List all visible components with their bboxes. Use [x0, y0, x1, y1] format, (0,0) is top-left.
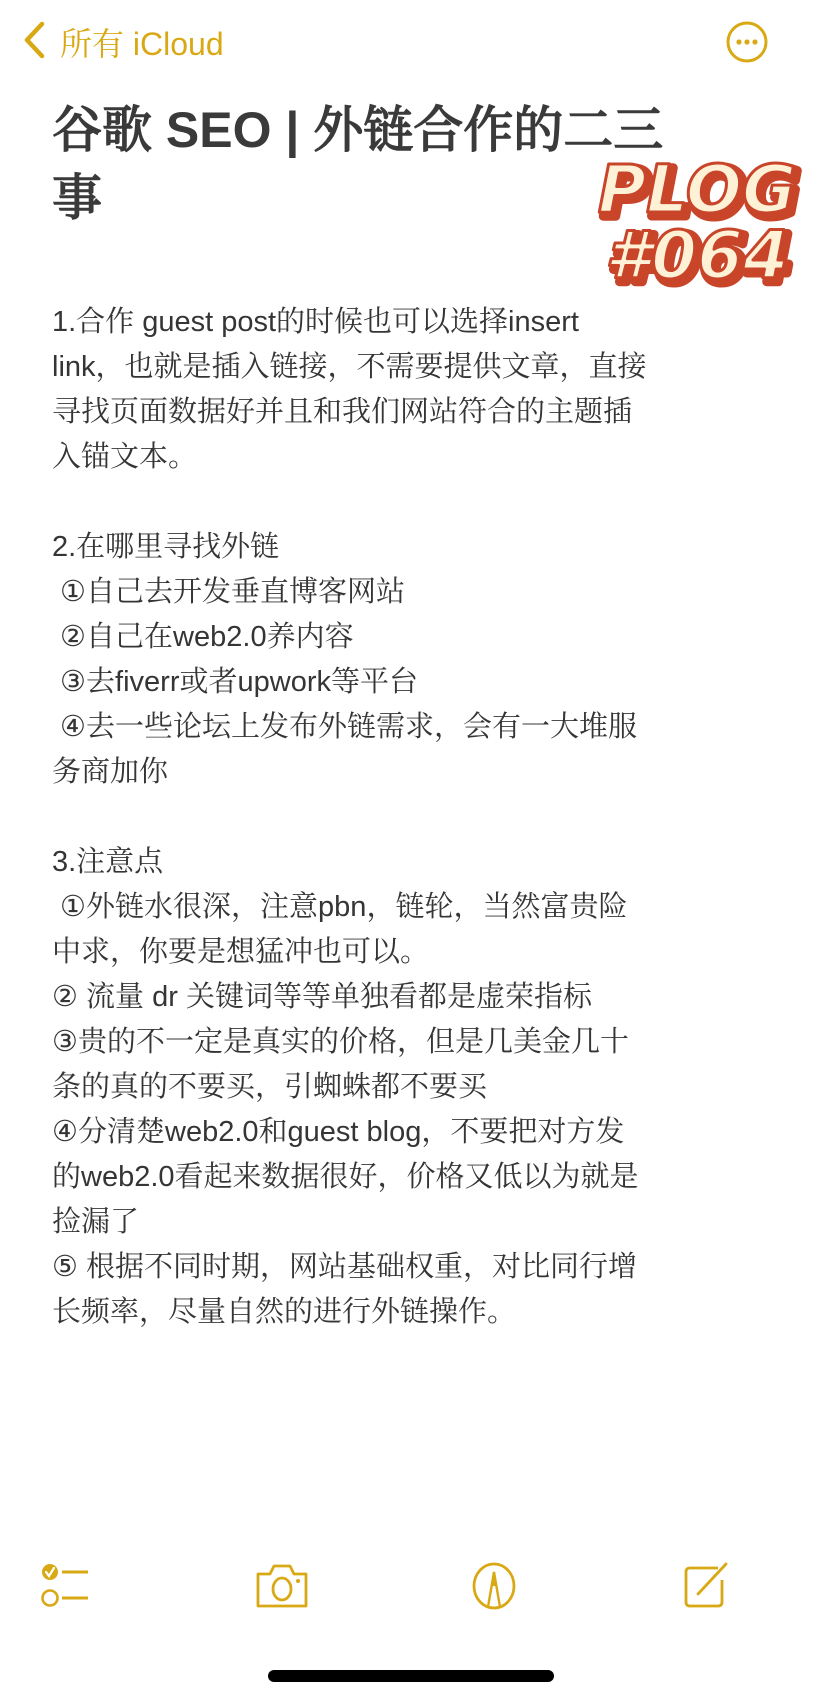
note-line: ①外链水很深，注意pbn，链轮，当然富贵险: [52, 885, 732, 930]
note-line: 2.在哪里寻找外链: [52, 525, 732, 570]
note-line: ② 流量 dr 关键词等等单独看都是虚荣指标: [52, 975, 732, 1020]
note-line: ④分清楚web2.0和guest blog，不要把对方发: [52, 1110, 732, 1155]
note-body[interactable]: 1.合作 guest post的时候也可以选择insertlink，也就是插入链…: [52, 300, 732, 1335]
note-line: 条的真的不要买，引蜘蛛都不要买: [52, 1065, 732, 1110]
note-line: ③去fiverr或者upwork等平台: [52, 660, 732, 705]
back-button[interactable]: 所有 iCloud: [22, 20, 224, 64]
note-line: 3.注意点: [52, 840, 732, 885]
note-line: ⑤ 根据不同时期，网站基础权重，对比同行增: [52, 1245, 732, 1290]
more-button[interactable]: [725, 20, 769, 64]
note-line: 务商加你: [52, 750, 732, 795]
ellipsis-circle-icon: [725, 51, 769, 68]
sticker-line2: #064: [605, 217, 789, 290]
checklist-button[interactable]: [36, 1560, 96, 1620]
camera-button[interactable]: [252, 1560, 312, 1620]
compose-button[interactable]: [678, 1560, 738, 1620]
note-line: 寻找页面数据好并且和我们网站符合的主题插: [52, 390, 732, 435]
note-line: 入锚文本。: [52, 435, 732, 480]
nav-bar: 所有 iCloud: [0, 0, 828, 90]
note-line: 的web2.0看起来数据很好，价格又低以为就是: [52, 1155, 732, 1200]
note-line: [52, 480, 732, 525]
checklist-icon: [36, 1607, 96, 1624]
note-line: link，也就是插入链接，不需要提供文章，直接: [52, 345, 732, 390]
home-indicator[interactable]: [268, 1670, 554, 1682]
note-line: ②自己在web2.0养内容: [52, 615, 732, 660]
markup-button[interactable]: [464, 1560, 524, 1620]
note-line: 中求，你要是想猛冲也可以。: [52, 930, 732, 975]
note-line: ④去一些论坛上发布外链需求，会有一大堆服: [52, 705, 732, 750]
compose-icon: [678, 1607, 738, 1624]
markup-pen-icon: [464, 1607, 524, 1624]
note-line: 长频率，尽量自然的进行外链操作。: [52, 1290, 732, 1335]
note-line: ①自己去开发垂直博客网站: [52, 570, 732, 615]
note-line: 捡漏了: [52, 1200, 732, 1245]
note-line: 1.合作 guest post的时候也可以选择insert: [52, 300, 732, 345]
bottom-toolbar: [0, 1560, 828, 1650]
plog-sticker: PLOG PLOG #064 #064: [572, 150, 822, 290]
back-label: 所有 iCloud: [60, 19, 224, 65]
camera-icon: [252, 1607, 312, 1624]
note-line: [52, 795, 732, 840]
note-line: ③贵的不一定是真实的价格，但是几美金几十: [52, 1020, 732, 1065]
chevron-left-icon: [22, 20, 48, 65]
